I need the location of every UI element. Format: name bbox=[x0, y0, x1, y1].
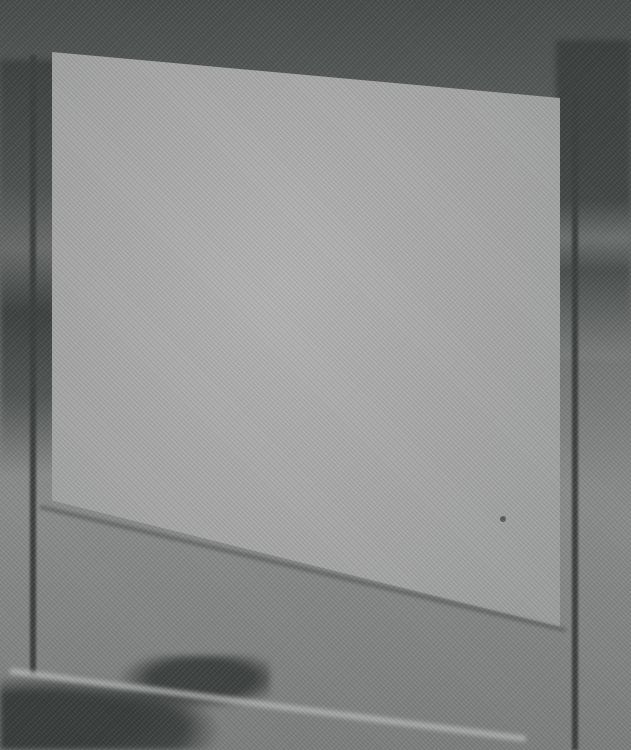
speck bbox=[500, 516, 506, 522]
background-building-right bbox=[556, 40, 631, 360]
right-pole bbox=[572, 95, 578, 750]
photograph bbox=[0, 0, 631, 750]
background-building-left bbox=[0, 60, 56, 480]
left-pole bbox=[30, 55, 36, 675]
